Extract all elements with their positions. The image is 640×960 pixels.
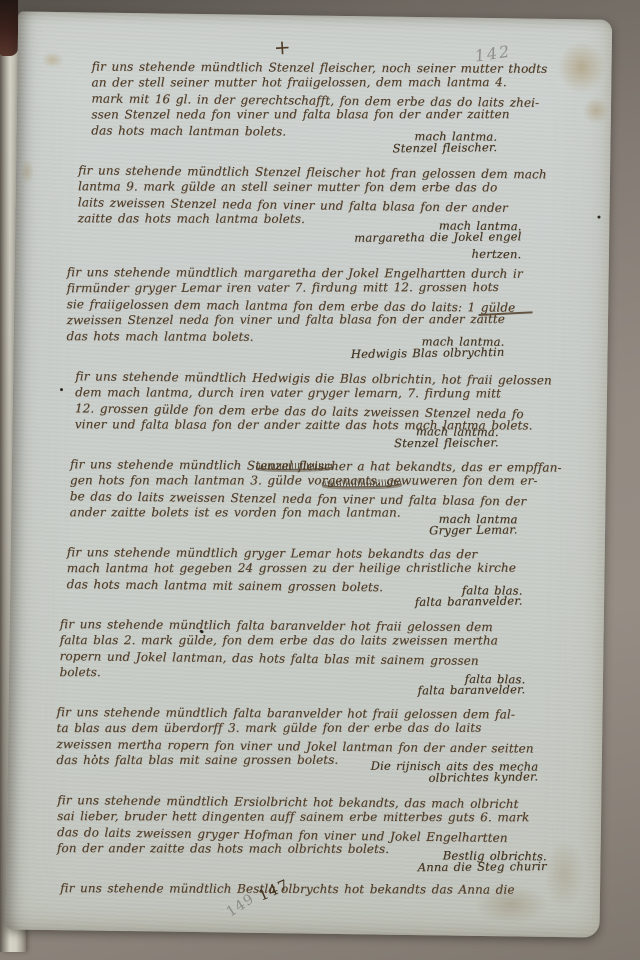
paragraph-lines: fir uns stehende mündtlich falta baranve…	[56, 704, 584, 771]
signature-line: Gryger Lemar.	[69, 522, 517, 541]
signature-line: Stenzel fleischer.	[75, 435, 499, 453]
paragraph-lines: fir uns stehende mündtlich Hedwigis die …	[75, 368, 590, 436]
manuscript-paragraph: fir uns stehende mündtlich falta baranve…	[56, 704, 584, 788]
signature-line: olbrichtes kynder.	[56, 769, 538, 789]
manuscript-line: gen hots fon mach lantman 3. gülde vorge…	[70, 472, 588, 488]
manuscript-paragraph: fir uns stehende mündtlich gryger Lemar …	[67, 544, 587, 612]
signature-line: Anna die Steg churir	[57, 859, 547, 877]
stain-blot	[20, 159, 34, 183]
paragraph-lines: fir uns stehende mündtlich gryger Lemar …	[67, 544, 587, 595]
manuscript-line: firmünder gryger Lemar iren vater 7. fir…	[67, 279, 591, 296]
manuscript-paragraph: fir uns stehende mündtlich Bestla olbryc…	[60, 880, 582, 898]
manuscript-line: fon der ander zaitte das hots mach olbri…	[57, 840, 583, 857]
stain-blot	[41, 52, 63, 68]
manuscript-line: das hots falta blas mit saine grossen bo…	[56, 752, 584, 768]
manuscript-paragraph: fir uns stehende mündtlich falta baranve…	[59, 616, 586, 701]
signature-line: falta baranvelder.	[66, 594, 522, 614]
manuscript-line: an der stell seiner mutter hot fraiigelo…	[92, 74, 594, 90]
paragraph-lines: fir uns stehende mündtlich Stenzel fleis…	[70, 456, 588, 524]
manuscript-line: sai lieber, bruder hett dingenten auff s…	[57, 808, 583, 825]
ink-speck	[597, 216, 600, 219]
manuscript-line: zaitte das hots mach lantma bolets.	[78, 210, 592, 227]
manuscript-line: dem mach lantma, durch iren vater gryger…	[75, 384, 589, 401]
manuscript-paragraph: fir uns stehende mündtlich Stenzel fleis…	[91, 58, 594, 158]
cross-mark: +	[273, 37, 291, 58]
manuscript-paragraph: fir uns stehende mündtlich margaretha de…	[66, 264, 590, 363]
paragraph-lines: fir uns stehende mündtlich falta baranve…	[59, 616, 585, 684]
manuscript-paragraph: fir uns stehende mündtlich Stenzel fleis…	[70, 456, 589, 541]
signature-line: margaretha die Jokel engel	[77, 229, 521, 247]
signature-line: Hedwigis Blas olbrychtin	[66, 345, 504, 365]
paragraph-lines: fir uns stehende mündtlich Ersiolbricht …	[57, 792, 584, 861]
book-binding	[0, 0, 18, 56]
manuscript-line: ssen Stenzel neda fon viner und falta bl…	[91, 106, 593, 122]
manuscript-page: + 142 fir uns stehende mündtlich Stenzel…	[5, 11, 612, 937]
manuscript-line: bolets.	[59, 664, 585, 680]
manuscript-line: viner und falta blasa fon der ander zait…	[75, 416, 589, 433]
manuscript-line: falta blas 2. mark gülde, fon dem erbe d…	[60, 632, 586, 648]
signature-line: falta baranvelder.	[59, 682, 525, 701]
manuscript-line: lantma 9. mark gülde an stell seiner mut…	[78, 178, 592, 195]
paragraph-lines: fir uns stehende mündtlich Stenzel fleis…	[78, 162, 593, 230]
manuscript-line: mach lantma hot gegeben 24 grossen zu de…	[67, 560, 587, 576]
manuscript-paragraph: fir uns stehende mündtlich Ersiolbricht …	[57, 792, 584, 878]
ink-speck	[60, 388, 63, 391]
paragraph-lines: fir uns stehende mündtlich Bestla olbryc…	[60, 880, 582, 898]
manuscript-line: ander zaitte bolets ist es vorden fon ma…	[70, 504, 588, 520]
manuscript-paragraph: fir uns stehende mündtlich Hedwigis die …	[75, 368, 590, 453]
manuscript-line: fir uns stehende mündtlich Bestla olbryc…	[60, 880, 582, 898]
photo-background: + 142 fir uns stehende mündtlich Stenzel…	[0, 0, 640, 960]
manuscript-paragraph: fir uns stehende mündtlich Stenzel fleis…	[77, 162, 592, 261]
manuscript-line: zweissen Stenzel neda fon viner und falt…	[67, 311, 591, 328]
manuscript-line: ta blas aus dem überdorff 3. mark gülde …	[56, 720, 584, 736]
signature-line: Stenzel fleischer.	[91, 140, 497, 159]
